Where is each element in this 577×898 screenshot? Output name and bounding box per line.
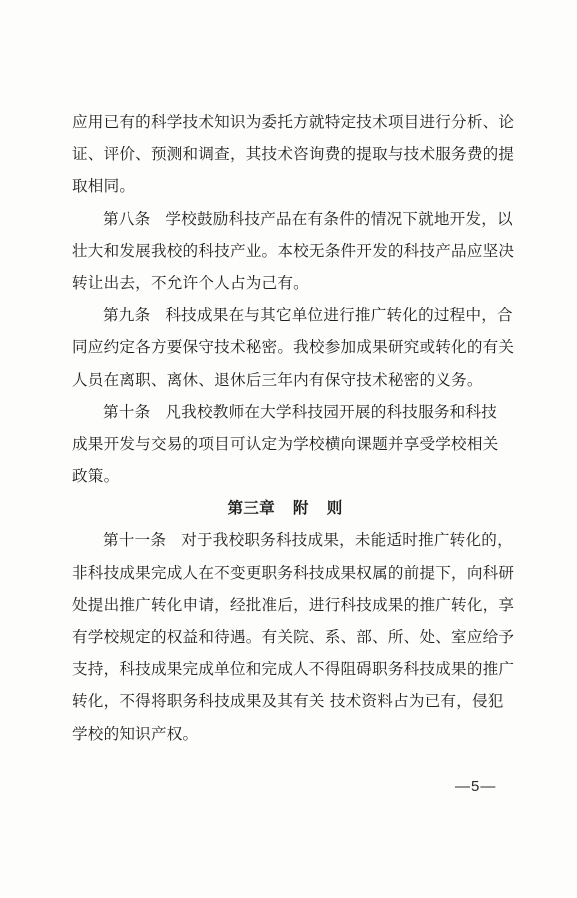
text-line: 学校的知识产权。: [72, 718, 512, 750]
article-label: 第十一条: [103, 524, 166, 556]
text-line: 支持，科技成果完成单位和完成人不得阻碍职务科技成果的推广: [72, 653, 512, 685]
page-number: —5—: [455, 778, 496, 795]
article-label: 第八条: [103, 203, 150, 235]
article-10: 第十条凡我校教师在大学科技园开展的科技服务和科技 成果开发与交易的项目可认定为学…: [72, 396, 512, 493]
chapter-heading: 第三章附则: [72, 492, 512, 524]
text-line: 第十条凡我校教师在大学科技园开展的科技服务和科技: [72, 396, 512, 428]
article-text: 科技成果在与其它单位进行推广转化的过程中，合: [165, 306, 512, 324]
text-line: 处提出推广转化申请，经批准后，进行科技成果的推广转化，享: [72, 589, 512, 621]
article-8: 第八条学校鼓励科技产品在有条件的情况下就地开发，以 壮大和发展我校的科技产业。本…: [72, 203, 512, 300]
text-line: 第十一条对于我校职务科技成果，未能适时推广转化的，: [72, 524, 512, 556]
chapter-title-2: 则: [327, 498, 343, 517]
chapter-number: 第三章: [228, 498, 275, 517]
text-line: 有学校规定的权益和待遇。有关院、系、部、所、处、室应给予: [72, 621, 512, 653]
text-line: 成果开发与交易的项目可认定为学校横向课题并享受学校相关: [72, 428, 512, 460]
text-line: 应用已有的科学技术知识为委托方就特定技术项目进行分析、论: [72, 106, 512, 138]
text-line: 取相同。: [72, 170, 512, 202]
text-line: 政策。: [72, 460, 512, 492]
document-body: 应用已有的科学技术知识为委托方就特定技术项目进行分析、论 证、评价、预测和调查，…: [72, 106, 512, 750]
text-line: 第八条学校鼓励科技产品在有条件的情况下就地开发，以: [72, 203, 512, 235]
text-line: 壮大和发展我校的科技产业。本校无条件开发的科技产品应坚决: [72, 235, 512, 267]
document-page: 应用已有的科学技术知识为委托方就特定技术项目进行分析、论 证、评价、预测和调查，…: [0, 0, 577, 898]
text-line: 转化，不得将职务科技成果及其有关 技术资料占为已有，侵犯: [72, 685, 512, 717]
article-text: 凡我校教师在大学科技园开展的科技服务和科技: [165, 403, 497, 421]
chapter-title: 附: [293, 498, 309, 517]
article-text: 学校鼓励科技产品在有条件的情况下就地开发，以: [165, 210, 512, 228]
article-label: 第九条: [103, 299, 150, 331]
text-line: 同应约定各方要保守技术秘密。我校参加成果研究或转化的有关: [72, 331, 512, 363]
paragraph-continuation: 应用已有的科学技术知识为委托方就特定技术项目进行分析、论 证、评价、预测和调查，…: [72, 106, 512, 203]
text-line: 人员在离职、离休、退休后三年内有保守技术秘密的义务。: [72, 364, 512, 396]
article-label: 第十条: [103, 396, 150, 428]
text-line: 证、评价、预测和调查，其技术咨询费的提取与技术服务费的提: [72, 138, 512, 170]
text-line: 第九条科技成果在与其它单位进行推广转化的过程中，合: [72, 299, 512, 331]
article-text: 对于我校职务科技成果，未能适时推广转化的，: [181, 531, 513, 549]
article-11: 第十一条对于我校职务科技成果，未能适时推广转化的， 非科技成果完成人在不变更职务…: [72, 524, 512, 749]
article-9: 第九条科技成果在与其它单位进行推广转化的过程中，合 同应约定各方要保守技术秘密。…: [72, 299, 512, 396]
text-line: 转让出去，不允许个人占为己有。: [72, 267, 512, 299]
text-line: 非科技成果完成人在不变更职务科技成果权属的前提下，向科研: [72, 557, 512, 589]
